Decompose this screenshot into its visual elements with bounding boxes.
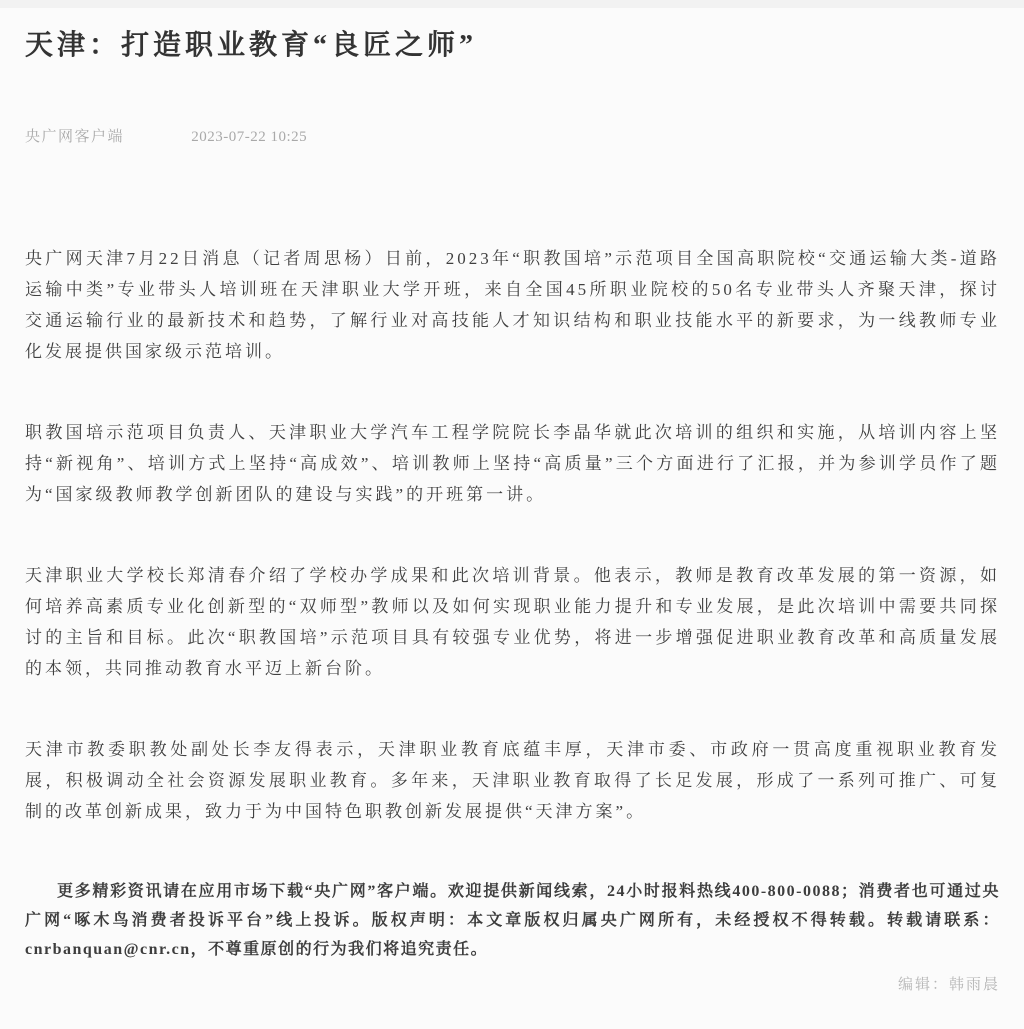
article-paragraph-3: 天津职业大学校长郑清春介绍了学校办学成果和此次培训背景。他表示，教师是教育改革发… xyxy=(25,560,1000,684)
footer-notice: 更多精彩资讯请在应用市场下载“央广网”客户端。欢迎提供新闻线索，24小时报料热线… xyxy=(25,877,1000,964)
article-source: 央广网客户端 xyxy=(25,129,124,145)
article-page: 天津：打造职业教育“良匠之师” 央广网客户端 2023-07-22 10:25 … xyxy=(0,0,1024,1029)
top-edge-divider xyxy=(0,0,1024,8)
article-date: 2023-07-22 10:25 xyxy=(191,126,307,148)
article-paragraph-2: 职教国培示范项目负责人、天津职业大学汽车工程学院院长李晶华就此次培训的组织和实施… xyxy=(25,417,1000,510)
article-title: 天津：打造职业教育“良匠之师” xyxy=(25,28,1000,64)
article-meta: 央广网客户端 2023-07-22 10:25 xyxy=(25,126,1000,148)
article-paragraph-4: 天津市教委职教处副处长李友得表示，天津职业教育底蕴丰厚，天津市委、市政府一贯高度… xyxy=(25,734,1000,827)
article-body: 央广网天津7月22日消息（记者周思杨）日前，2023年“职教国培”示范项目全国高… xyxy=(25,243,1000,996)
article-content: 天津：打造职业教育“良匠之师” 央广网客户端 2023-07-22 10:25 … xyxy=(0,28,1024,996)
editor-byline: 编辑：韩雨晨 xyxy=(25,974,1000,996)
article-paragraph-1: 央广网天津7月22日消息（记者周思杨）日前，2023年“职教国培”示范项目全国高… xyxy=(25,243,1000,367)
